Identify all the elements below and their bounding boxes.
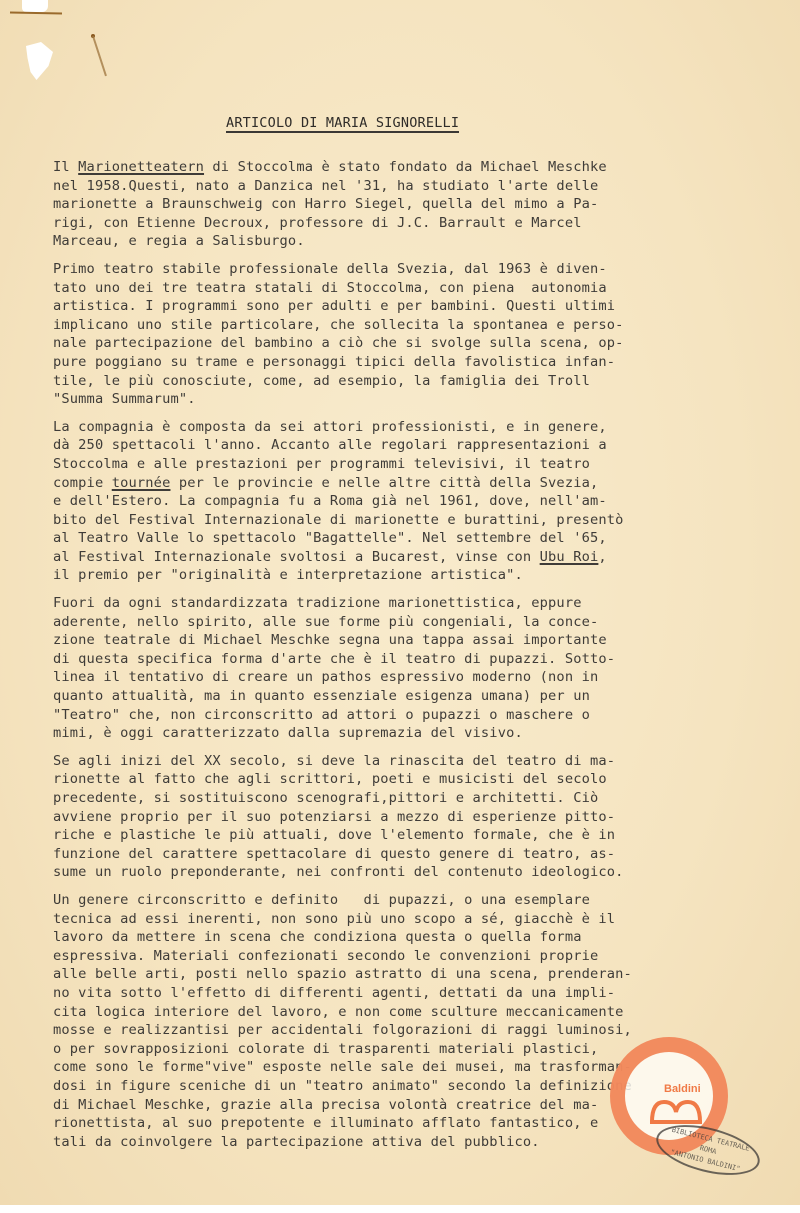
text-line: La compagnia è composta da sei attori pr… <box>53 418 753 437</box>
article-body: Il Marionetteatern di Stoccolma è stato … <box>53 158 753 1160</box>
text-line: Un genere circonscritto e definito di pu… <box>53 891 753 910</box>
text-line: pure poggiano su trame e personaggi tipi… <box>53 353 753 372</box>
text-line: al Teatro Valle lo spettacolo "Bagattell… <box>53 529 753 548</box>
article-title: ARTICOLO DI MARIA SIGNORELLI <box>226 116 459 133</box>
paper-scratch <box>92 36 107 77</box>
underlined-term: Marionetteatern <box>78 159 204 175</box>
library-stamp-label: Baldini <box>664 1083 701 1095</box>
text-line: e dell'Estero. La compagnia fu a Roma gi… <box>53 492 753 511</box>
text-line: Se agli inizi del XX secolo, si deve la … <box>53 752 753 771</box>
text-line: avviene proprio per il suo potenziarsi a… <box>53 808 753 827</box>
paper-crease <box>10 12 62 15</box>
text-line: di questa specifica forma d'arte che è i… <box>53 650 753 669</box>
text-line: artistica. I programmi sono per adulti e… <box>53 297 753 316</box>
text-line: no vita sotto l'effetto di differenti ag… <box>53 984 753 1003</box>
underlined-term: tournée <box>112 475 171 491</box>
text-line: Fuori da ogni standardizzata tradizione … <box>53 594 753 613</box>
text-line: funzione del carattere spettacolare di q… <box>53 845 753 864</box>
paragraph: Primo teatro stabile professionale della… <box>53 260 753 409</box>
text-line: nale partecipazione del bambino a ciò ch… <box>53 334 753 353</box>
text-line: "Teatro" che, non circonscritto ad attor… <box>53 706 753 725</box>
text-line: aderente, nello spirito, alle sue forme … <box>53 613 753 632</box>
text-line: Primo teatro stabile professionale della… <box>53 260 753 279</box>
text-line: sume un ruolo preponderante, nei confron… <box>53 863 753 882</box>
text-line: mimi, è oggi caratterizzato dalla suprem… <box>53 724 753 743</box>
text-line: marionette a Braunschweig con Harro Sieg… <box>53 195 753 214</box>
text-line: zione teatrale di Michael Meschke segna … <box>53 631 753 650</box>
scan-border <box>0 1205 800 1213</box>
text-line: alle belle arti, posti nello spazio astr… <box>53 965 753 984</box>
text-line: quanto attualità, ma in quanto essenzial… <box>53 687 753 706</box>
text-line: nel 1958.Questi, nato a Danzica nel '31,… <box>53 177 753 196</box>
book-icon <box>650 1098 702 1124</box>
text-line: implicano uno stile particolare, che sol… <box>53 316 753 335</box>
document-page: ARTICOLO DI MARIA SIGNORELLI Il Marionet… <box>0 0 800 1205</box>
text-line: compie tournée per le provincie e nelle … <box>53 474 753 493</box>
paper-tear <box>22 0 48 12</box>
text-line: bito del Festival Internazionale di mari… <box>53 511 753 530</box>
text-line: rigi, con Etienne Decroux, professore di… <box>53 214 753 233</box>
text-line: tecnica ad essi inerenti, non sono più u… <box>53 910 753 929</box>
text-line: il premio per "originalità e interpretaz… <box>53 566 753 585</box>
text-line: tile, le più conosciute, come, ad esempi… <box>53 372 753 391</box>
text-line: rionette al fatto che agli scrittori, po… <box>53 770 753 789</box>
paragraph: Se agli inizi del XX secolo, si deve la … <box>53 752 753 882</box>
paragraph: La compagnia è composta da sei attori pr… <box>53 418 753 585</box>
underlined-term: Ubu Roi <box>540 549 599 565</box>
text-line: riche e plastiche le più attuali, dove l… <box>53 826 753 845</box>
text-line: al Festival Internazionale svoltosi a Bu… <box>53 548 753 567</box>
text-line: Marceau, e regia a Salisburgo. <box>53 232 753 251</box>
text-line: dà 250 spettacoli l'anno. Accanto alle r… <box>53 436 753 455</box>
text-line: mosse e realizzantisi per accidentali fo… <box>53 1021 753 1040</box>
text-line: cita logica interiore del lavoro, e non … <box>53 1003 753 1022</box>
text-line: Stoccolma e alle prestazioni per program… <box>53 455 753 474</box>
text-line: espressiva. Materiali confezionati secon… <box>53 947 753 966</box>
text-line: linea il tentativo di creare un pathos e… <box>53 668 753 687</box>
paper-hole <box>23 40 53 80</box>
paragraph: Il Marionetteatern di Stoccolma è stato … <box>53 158 753 251</box>
text-line: "Summa Summarum". <box>53 390 753 409</box>
paragraph: Fuori da ogni standardizzata tradizione … <box>53 594 753 743</box>
text-line: precedente, si sostituiscono scenografi,… <box>53 789 753 808</box>
text-line: lavoro da mettere in scena che condizion… <box>53 928 753 947</box>
text-line: tato uno dei tre teatra statali di Stocc… <box>53 279 753 298</box>
text-line: Il Marionetteatern di Stoccolma è stato … <box>53 158 753 177</box>
